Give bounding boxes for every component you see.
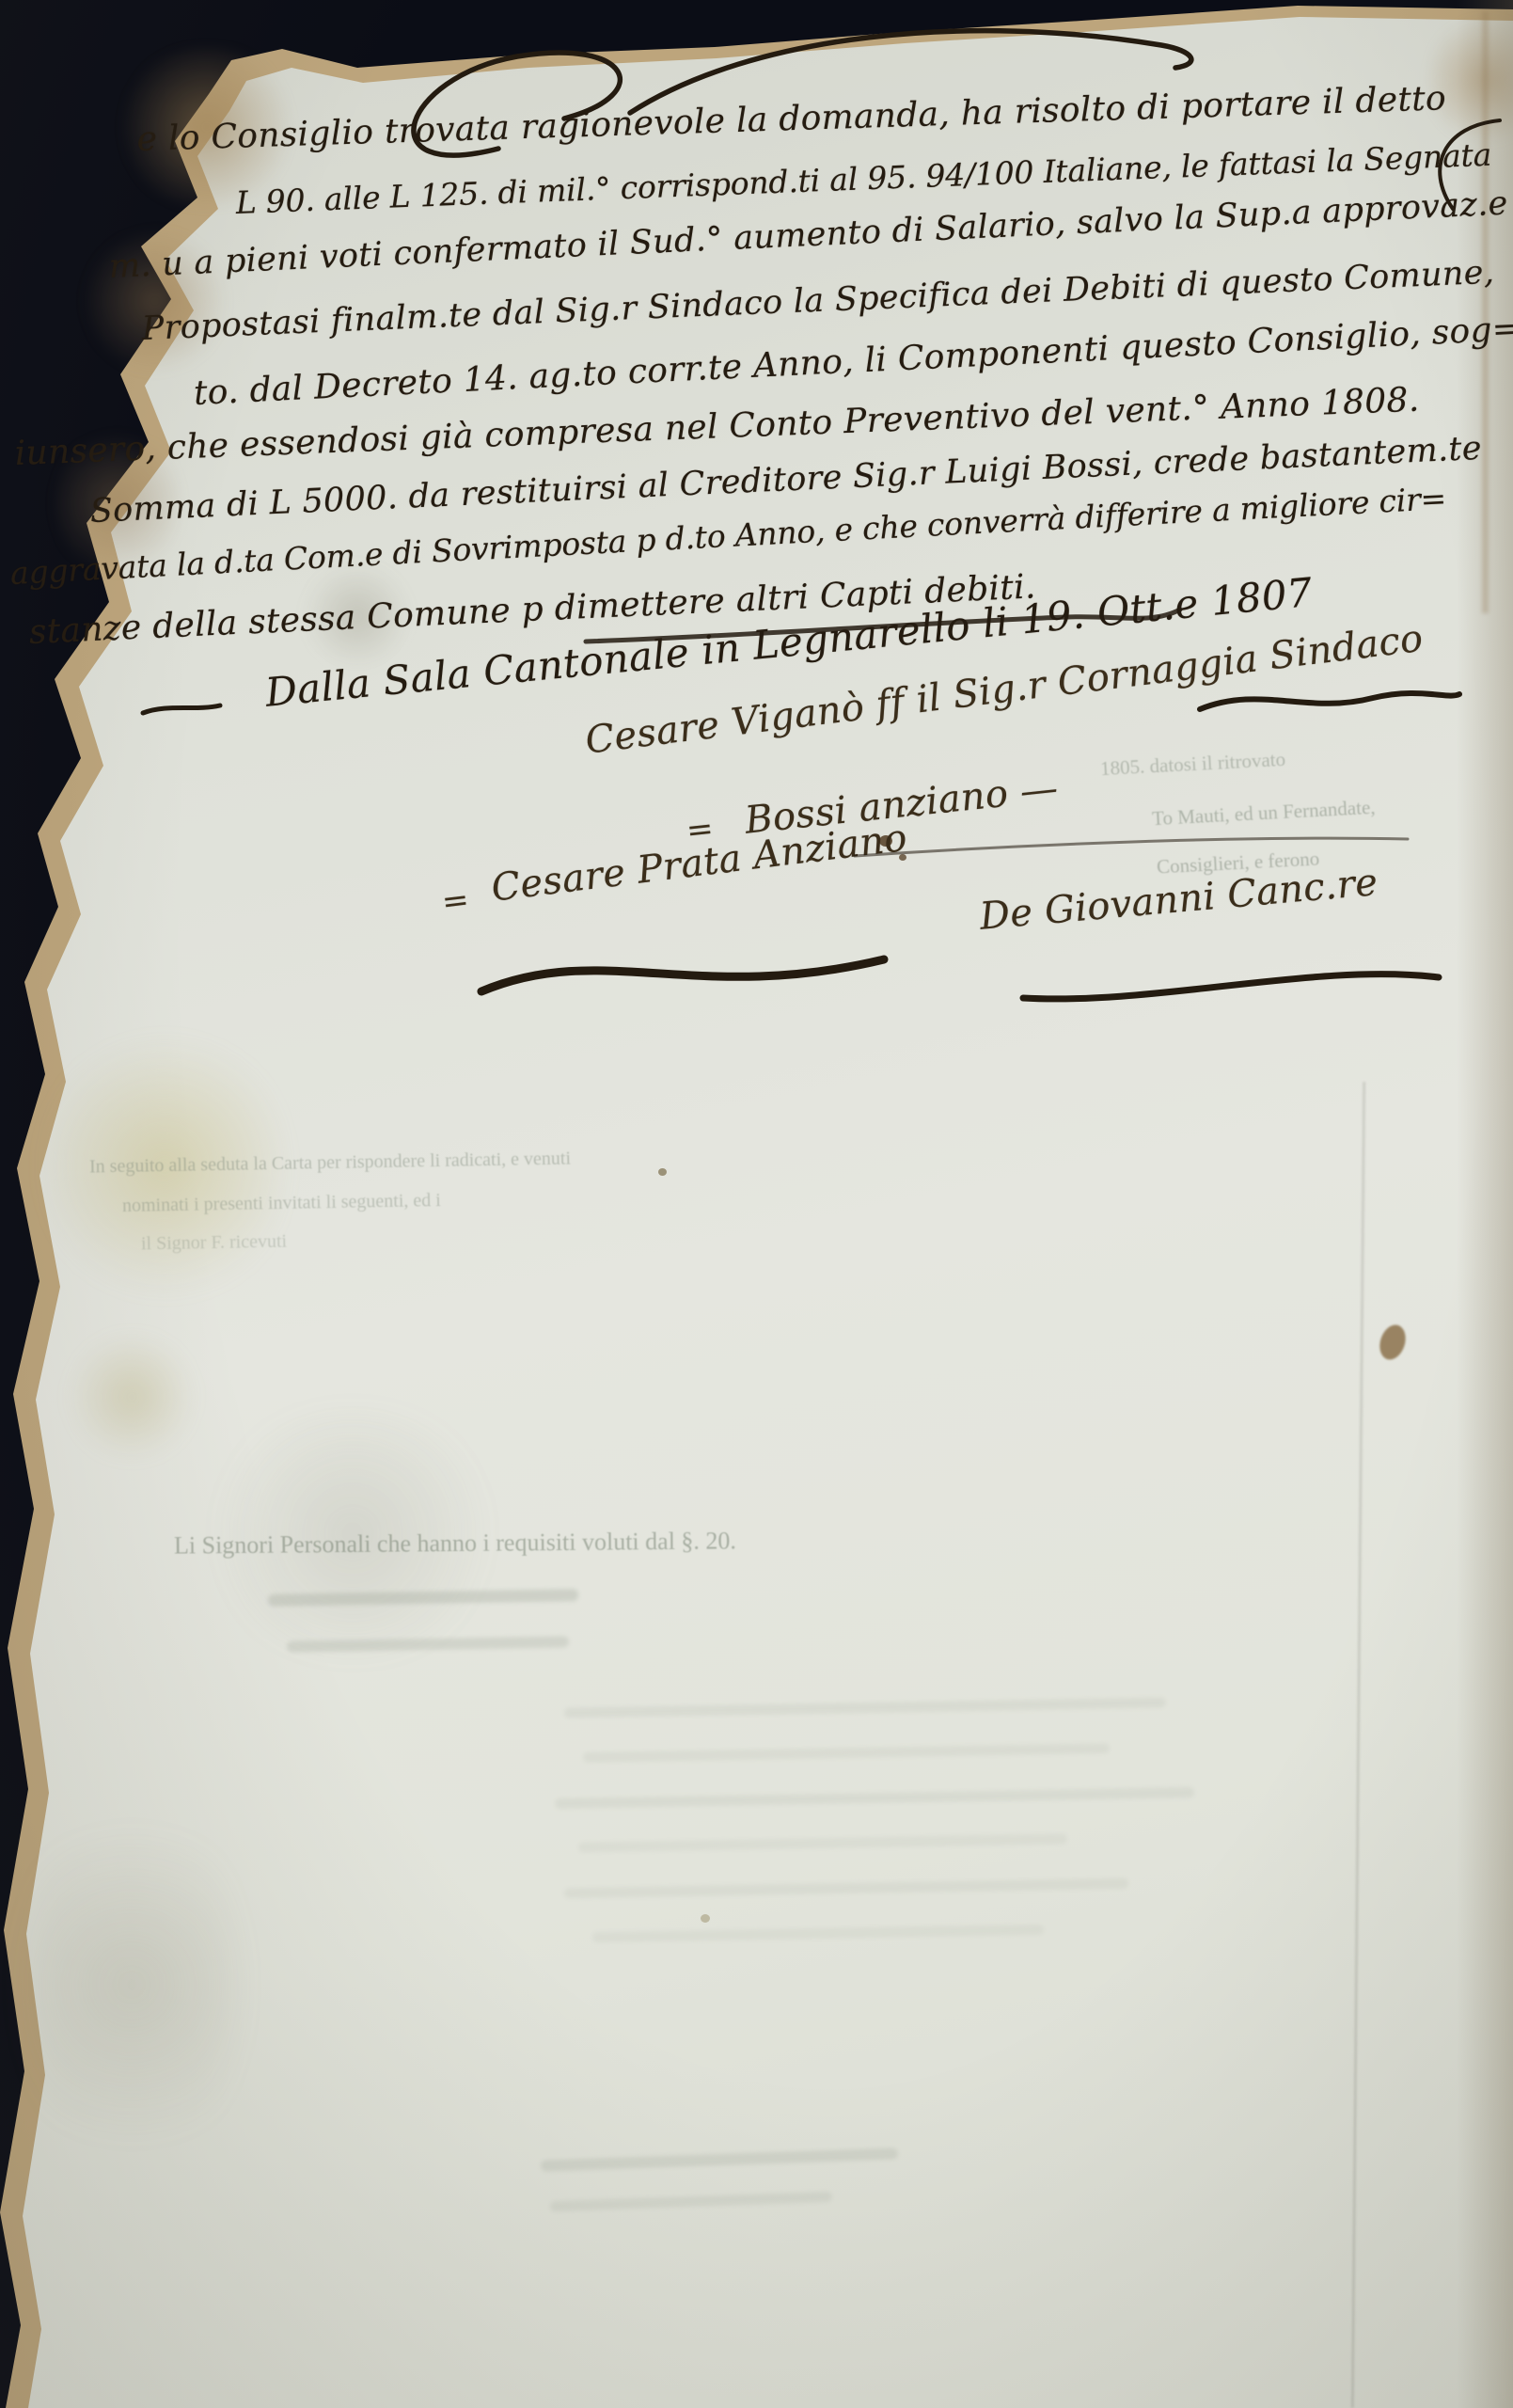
photo-vignette (0, 0, 1513, 2408)
manuscript-photo: e lo Consiglio trovata ragionevole la do… (0, 0, 1513, 2408)
